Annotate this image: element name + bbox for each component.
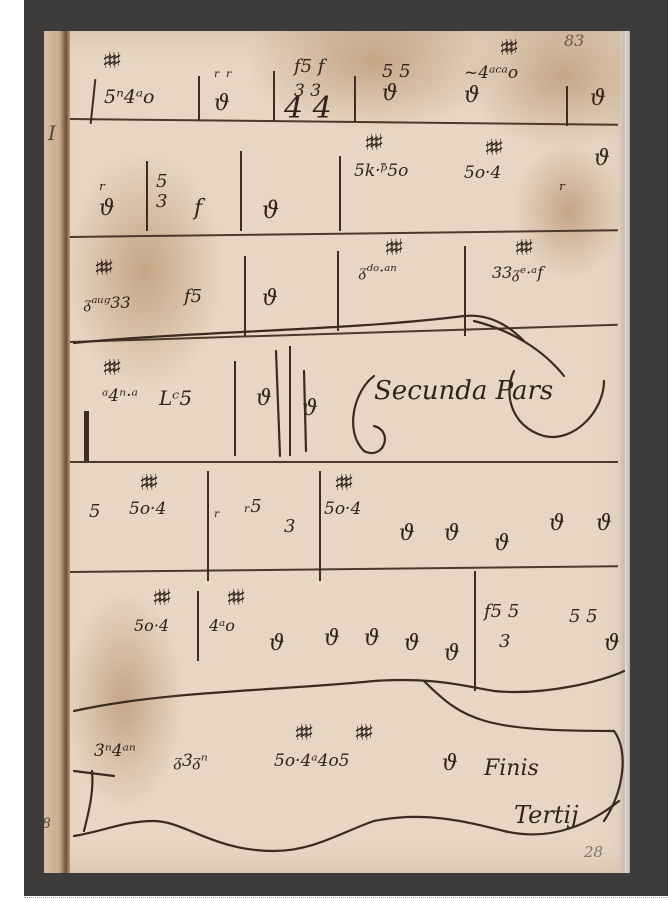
pen-flourishes (44, 31, 630, 873)
viewer-bottom-border (24, 897, 668, 901)
image-viewer-background: I 8 83 28 ♯♯♯ 5ⁿ4ᵃo ᵣ ᵣ ϑ (24, 0, 668, 896)
manuscript-page: I 8 83 28 ♯♯♯ 5ⁿ4ᵃo ᵣ ᵣ ϑ (44, 31, 630, 873)
